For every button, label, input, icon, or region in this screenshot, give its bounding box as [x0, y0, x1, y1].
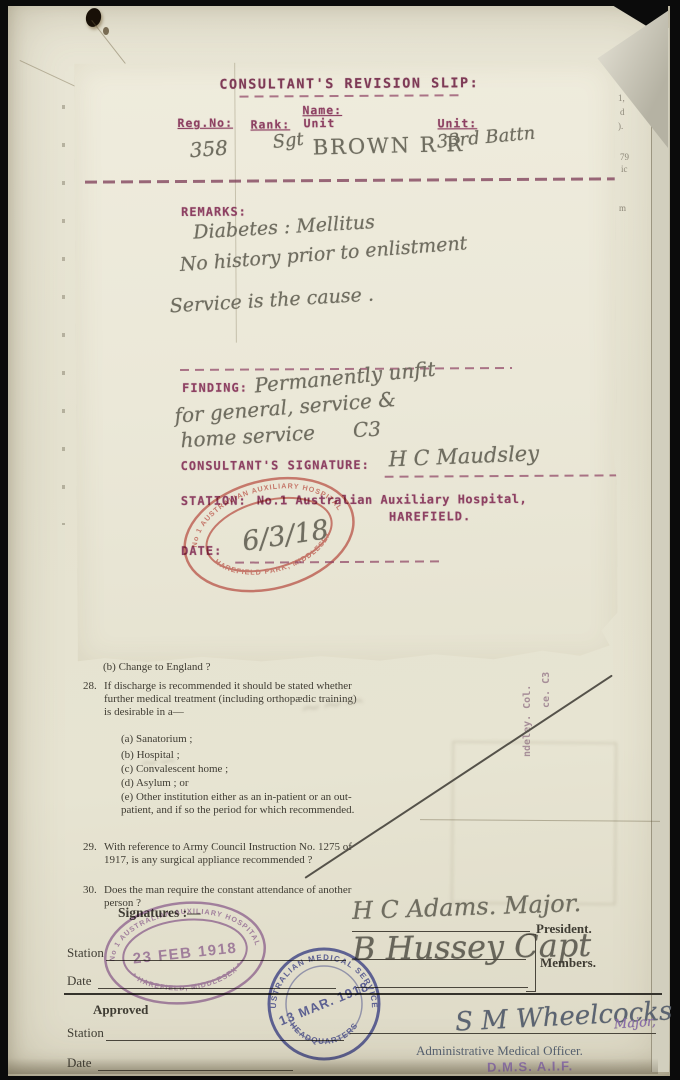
rotated-typed-fragment: ce. C3	[541, 672, 552, 708]
edge-fragment: d	[620, 107, 625, 117]
president-signature: H C Adams. Major.	[352, 889, 582, 925]
column-regno-label: Reg.No:	[177, 116, 233, 130]
slip-title-underline	[239, 94, 461, 97]
edge-fragment: ic	[621, 164, 628, 174]
finding-label: FINDING:	[182, 381, 248, 395]
bleed-through-writing: ∼∽	[139, 748, 178, 776]
column-unit-stray: Unit	[303, 116, 335, 130]
station-value-line2: HAREFIELD.	[389, 509, 471, 524]
slip-divider	[85, 177, 615, 183]
left-edge-marks	[62, 105, 65, 525]
question-30-number: 30.	[83, 884, 97, 897]
purple-stamp-date: 23 FEB 1918	[132, 940, 238, 968]
question-28-option-e: (e) Other institution either as an in-pa…	[121, 791, 359, 817]
edge-fragment: 1,	[618, 93, 625, 103]
purple-oval-stamp: No 1 AUSTRALIAN AUXILIARY HOSPITAL * HAR…	[95, 889, 276, 1016]
date-label: Date	[67, 974, 92, 987]
question-27b: (b) Change to England ?	[103, 661, 383, 674]
amo-title-label: Administrative Medical Officer.	[416, 1044, 583, 1057]
bottom-crease	[8, 1058, 658, 1074]
column-rank-label: Rank:	[251, 117, 291, 131]
station2-label: Station	[67, 1026, 104, 1039]
column-name-label: Name:	[302, 103, 342, 117]
consultants-revision-slip: CONSULTANT'S REVISION SLIP: Name: Reg.No…	[74, 60, 618, 663]
slip-title: CONSULTANT'S REVISION SLIP:	[184, 75, 514, 93]
crease-line	[20, 60, 84, 90]
blue-round-stamp: AUSTRALIAN MEDICAL SERVICES HEADQUARTERS…	[262, 942, 386, 1066]
svg-text:HEADQUARTERS: HEADQUARTERS	[288, 1021, 360, 1047]
edge-fragment: 79	[620, 152, 629, 162]
question-28-option-a: (a) Sanatorium ;	[121, 733, 192, 746]
rank-value: Sgt	[272, 129, 305, 153]
members-label: Members.	[540, 956, 596, 969]
edge-fragment: ).	[618, 121, 623, 131]
question-28-number: 28.	[83, 680, 97, 693]
reg-no-value: 358	[189, 135, 229, 162]
remarks-label: REMARKS:	[181, 205, 247, 219]
pin-hole	[84, 6, 103, 28]
remarks-line-3: Service is the cause .	[169, 283, 374, 317]
paper-speck	[103, 27, 109, 35]
question-29-number: 29.	[83, 841, 97, 854]
edge-fragment: m	[619, 203, 626, 213]
consultant-signature-value: H C Maudsley	[388, 441, 539, 471]
question-28-option-d: (d) Asylum ; or	[121, 777, 189, 790]
consultant-signature-underline	[385, 474, 620, 477]
scanned-document: 1, d ). 79 ic m (a) Discharge as permane…	[0, 0, 680, 1080]
members-bracket	[526, 934, 536, 992]
amo-rank-stamp: Major,	[614, 1015, 657, 1033]
